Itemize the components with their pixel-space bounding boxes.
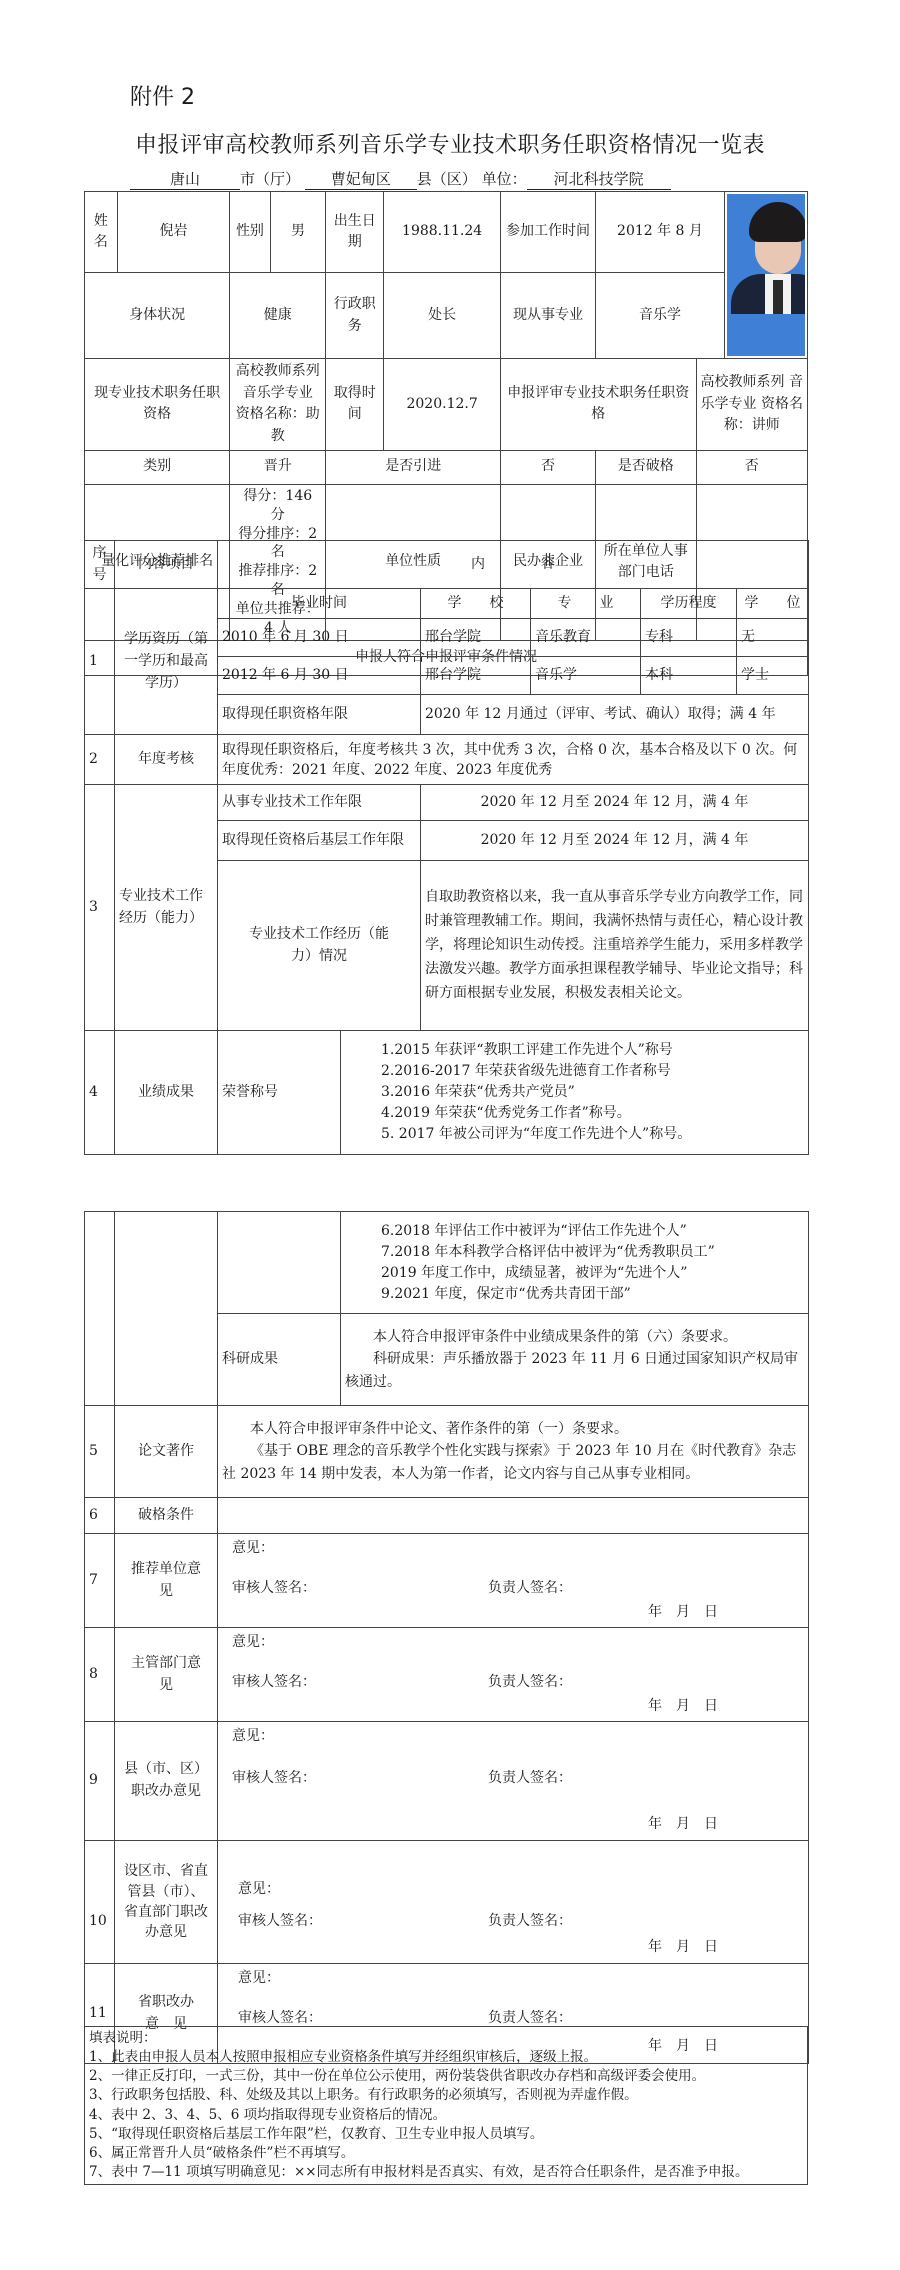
opinion-no: 8 [85, 1628, 115, 1722]
edu-header-school: 学 校 [421, 589, 531, 619]
city-label: 市（厅） [240, 170, 300, 188]
annual-text: 取得现任职资格后，年度考核共 3 次，其中优秀 3 次，合格 0 次，基本合格及… [218, 735, 809, 785]
category-value: 晋升 [230, 450, 326, 484]
category-label: 类别 [85, 450, 230, 484]
edu-degree: 无 [737, 619, 809, 657]
leader-signature[interactable]: 负责人签名： [488, 1768, 572, 1790]
opinion-no: 7 [85, 1534, 115, 1628]
note-item: 1、此表由申报人员本人按照申报相应专业资格条件填写并经组织审核后，逐级上报。 [89, 2048, 803, 2067]
obtain-time-label: 取得时间 [326, 359, 384, 451]
major-value: 音乐学 [596, 273, 725, 359]
tenure-value: 2020 年 12 月通过（评审、考试、确认）取得；满 4 年 [421, 695, 809, 735]
note-item: 6、属正常晋升人员“破格条件”栏不再填写。 [89, 2144, 803, 2163]
col-no-header: 序号 [85, 541, 115, 589]
unit-field: 河北科技学院 [527, 168, 671, 190]
date-field[interactable]: 年 月 日 [648, 1696, 718, 1718]
edu-level: 专科 [641, 619, 737, 657]
score: 得分：146 分 [234, 487, 321, 525]
work-start-label: 参加工作时间 [501, 192, 596, 273]
blank-no-cell [85, 1212, 115, 1406]
reviewer-signature[interactable]: 审核人签名： [232, 1672, 316, 1694]
opinion-label: 意见： [232, 1726, 274, 1748]
papers-no: 5 [85, 1406, 115, 1498]
name-label: 姓名 [85, 192, 118, 273]
exceptional-label: 是否破格 [596, 450, 696, 484]
note-item: 7、表中 7—11 项填写明确意见：××同志所有申报材料是否真实、有效，是否符合… [89, 2163, 803, 2182]
detail-label: 专业技术工作经历（能力）情况 [218, 861, 421, 1031]
conditions-table: 序号 内容项目 内 容 1 学历资历（第一学历和最高学历） 毕业时间 学 校 专… [84, 540, 809, 1155]
honor-item: 3.2016 年荣获“优秀共产党员” [381, 1082, 804, 1103]
edu-date: 2012 年 6 月 30 日 [218, 657, 421, 695]
grassroots-value: 2020 年 12 月至 2024 年 12 月，满 4 年 [421, 821, 809, 861]
obtain-time-value: 2020.12.7 [384, 359, 501, 451]
opinion-label-supervisor: 主管部门意见 [115, 1628, 218, 1722]
leader-signature[interactable]: 负责人签名： [488, 1578, 572, 1600]
opinion-area[interactable]: 意见： 审核人签名： 负责人签名： 年 月 日 [218, 1628, 809, 1722]
achievements-no: 4 [85, 1031, 115, 1155]
note-item: 5、“取得现任职资格后基层工作年限”栏，仅教育、卫生专业申报人员填写。 [89, 2125, 803, 2144]
opinion-label-county: 县（市、区）职改办意见 [115, 1722, 218, 1841]
achievements-label: 业绩成果 [115, 1031, 218, 1155]
note-item: 2、一律正反打印，一式三份，其中一份在单位公示使用，两份装袋供省职改办存档和高级… [89, 2067, 803, 2086]
admin-post-label: 行政职务 [326, 273, 384, 359]
tenure-label: 取得现任职资格年限 [218, 695, 421, 735]
grassroots-label: 取得现任资格后基层工作年限 [218, 821, 421, 861]
annual-no: 2 [85, 735, 115, 785]
research-line: 本人符合申报评审条件中业绩成果条件的第（六）条要求。 [345, 1326, 804, 1348]
health-label: 身体状况 [85, 273, 230, 359]
attachment-label: 附件 2 [130, 80, 195, 111]
note-item: 4、表中 2、3、4、5、6 项均指取得现专业资格后的情况。 [89, 2106, 803, 2125]
edu-header-level: 学历程度 [641, 589, 737, 619]
blank-honors-cell [218, 1212, 341, 1314]
honors-label: 荣誉称号 [218, 1031, 341, 1155]
date-field[interactable]: 年 月 日 [648, 1937, 718, 1959]
reviewer-signature[interactable]: 审核人签名： [238, 1911, 322, 1933]
col-content-header: 内 容 [218, 541, 809, 589]
exception-value [218, 1498, 809, 1534]
gender-value: 男 [270, 192, 326, 273]
detail-text: 自取助教资格以来，我一直从事音乐学专业方向教学工作，同时兼管理教辅工作。期间，我… [421, 861, 809, 1031]
opinion-area[interactable]: 意见： 审核人签名： 负责人签名： 年 月 日 [218, 1841, 809, 1964]
applicant-photo [724, 192, 807, 359]
blank-label-cell [115, 1212, 218, 1406]
opinion-label: 意见： [238, 1968, 280, 1990]
papers-text: 本人符合申报评审条件中论文、著作条件的第（一）条要求。 《基于 OBE 理念的音… [218, 1406, 809, 1498]
leader-signature[interactable]: 负责人签名： [488, 1911, 572, 1933]
honor-item: 2.2016-2017 年荣获省级先进德育工作者称号 [381, 1061, 804, 1082]
honors-list: 1.2015 年获评“教职工评建工作先进个人”称号 2.2016-2017 年荣… [341, 1031, 809, 1155]
honor-item: 9.2021 年度，保定市“优秀共青团干部” [381, 1284, 804, 1305]
current-qual-label: 现专业技术职务任职资格 [85, 359, 230, 451]
unit-label: 单位： [482, 170, 527, 188]
page-title: 申报评审高校教师系列音乐学专业技术职务任职资格情况一览表 [0, 128, 900, 159]
name-value: 倪岩 [117, 192, 229, 273]
county-field: 曹妃甸区 [305, 168, 417, 190]
experience-no: 3 [85, 785, 115, 1031]
edu-header-degree: 学 位 [737, 589, 809, 619]
introduced-label: 是否引进 [326, 450, 501, 484]
col-item-header: 内容项目 [115, 541, 218, 589]
major-label: 现从事专业 [501, 273, 596, 359]
papers-line: 本人符合申报评审条件中论文、著作条件的第（一）条要求。 [222, 1418, 804, 1440]
opinion-label: 意见： [232, 1538, 274, 1560]
opinion-area[interactable]: 意见： 审核人签名： 负责人签名： 年 月 日 [218, 1534, 809, 1628]
experience-label: 专业技术工作经历（能力） [115, 785, 218, 1031]
exception-label: 破格条件 [115, 1498, 218, 1534]
reviewer-signature[interactable]: 审核人签名： [232, 1768, 316, 1790]
papers-label: 论文著作 [115, 1406, 218, 1498]
reviewer-signature[interactable]: 审核人签名： [232, 1578, 316, 1600]
research-text: 本人符合申报评审条件中业绩成果条件的第（六）条要求。 科研成果：声乐播放器于 2… [341, 1314, 809, 1406]
birth-value: 1988.11.24 [384, 192, 501, 273]
opinion-label: 意见： [238, 1879, 280, 1901]
health-value: 健康 [230, 273, 326, 359]
city-field: 唐山 [130, 168, 240, 190]
admin-post-value: 处长 [384, 273, 501, 359]
work-years-label: 从事专业技术工作年限 [218, 785, 421, 821]
opinion-label-recommend-unit: 推荐单位意见 [115, 1534, 218, 1628]
edu-major: 音乐教育 [531, 619, 641, 657]
honor-item: 1.2015 年获评“教职工评建工作先进个人”称号 [381, 1040, 804, 1061]
edu-label: 学历资历（第一学历和最高学历） [115, 589, 218, 735]
honor-item: 7.2018 年本科教学合格评估中被评为“优秀教职员工” [381, 1242, 804, 1263]
work-years-value: 2020 年 12 月至 2024 年 12 月，满 4 年 [421, 785, 809, 821]
opinion-no: 9 [85, 1722, 115, 1841]
papers-line: 《基于 OBE 理念的音乐教学个性化实践与探索》于 2023 年 10 月在《时… [222, 1440, 804, 1485]
honors-list-continued: 6.2018 年评估工作中被评为“评估工作先进个人” 7.2018 年本科教学合… [341, 1212, 809, 1314]
edu-school: 邢台学院 [421, 619, 531, 657]
exception-no: 6 [85, 1498, 115, 1534]
date-field[interactable]: 年 月 日 [648, 1814, 718, 1836]
opinion-area[interactable]: 意见： 审核人签名： 负责人签名： 年 月 日 [218, 1722, 809, 1841]
exceptional-value: 否 [696, 450, 807, 484]
research-line: 科研成果：声乐播放器于 2023 年 11 月 6 日通过国家知识产权局审核通过… [345, 1348, 804, 1393]
edu-school: 邢台学院 [421, 657, 531, 695]
opinion-label-city: 设区市、省直管县（市）、省直部门职改办意见 [115, 1841, 218, 1964]
county-label: 县（区） [417, 170, 477, 188]
filling-instructions: 填表说明： 1、此表由申报人员本人按照申报相应专业资格条件填写并经组织审核后，逐… [84, 2026, 808, 2185]
notes-title: 填表说明： [89, 2029, 803, 2048]
annual-label: 年度考核 [115, 735, 218, 785]
honor-item: 2019 年度工作中，成绩显著，被评为“先进个人” [381, 1263, 804, 1284]
introduced-value: 否 [501, 450, 596, 484]
edu-degree: 学士 [737, 657, 809, 695]
honor-item: 4.2019 年荣获“优秀党务工作者”称号。 [381, 1103, 804, 1124]
apply-qual-label: 申报评审专业技术职务任职资格 [501, 359, 696, 451]
edu-major: 音乐学 [531, 657, 641, 695]
edu-header-date: 毕业时间 [218, 589, 421, 619]
opinion-no: 10 [85, 1841, 115, 1964]
note-item: 3、行政职务包括股、科、处级及其以上职务。有行政职务的必须填写，否则视为弄虚作假… [89, 2086, 803, 2105]
edu-level: 本科 [641, 657, 737, 695]
research-label: 科研成果 [218, 1314, 341, 1406]
edu-header-major: 专 业 [531, 589, 641, 619]
date-field[interactable]: 年 月 日 [648, 1602, 718, 1624]
opinion-label: 意见： [232, 1632, 274, 1654]
edu-no: 1 [85, 589, 115, 735]
honor-item: 6.2018 年评估工作中被评为“评估工作先进个人” [381, 1221, 804, 1242]
edu-date: 2010 年 6 月 30 日 [218, 619, 421, 657]
leader-signature[interactable]: 负责人签名： [488, 1672, 572, 1694]
gender-label: 性别 [230, 192, 270, 273]
current-qual-value: 高校教师系列 音乐学专业 资格名称：助教 [230, 359, 326, 451]
apply-qual-value: 高校教师系列 音乐学专业 资格名称：讲师 [696, 359, 807, 451]
honor-item: 5. 2017 年被公司评为“年度工作先进个人”称号。 [381, 1124, 804, 1145]
birth-label: 出生日期 [326, 192, 384, 273]
conditions-table-continued: 6.2018 年评估工作中被评为“评估工作先进个人” 7.2018 年本科教学合… [84, 1211, 809, 2064]
work-start-value: 2012 年 8 月 [596, 192, 725, 273]
location-line: 唐山市（厅） 曹妃甸区县（区） 单位：河北科技学院 [130, 168, 671, 190]
